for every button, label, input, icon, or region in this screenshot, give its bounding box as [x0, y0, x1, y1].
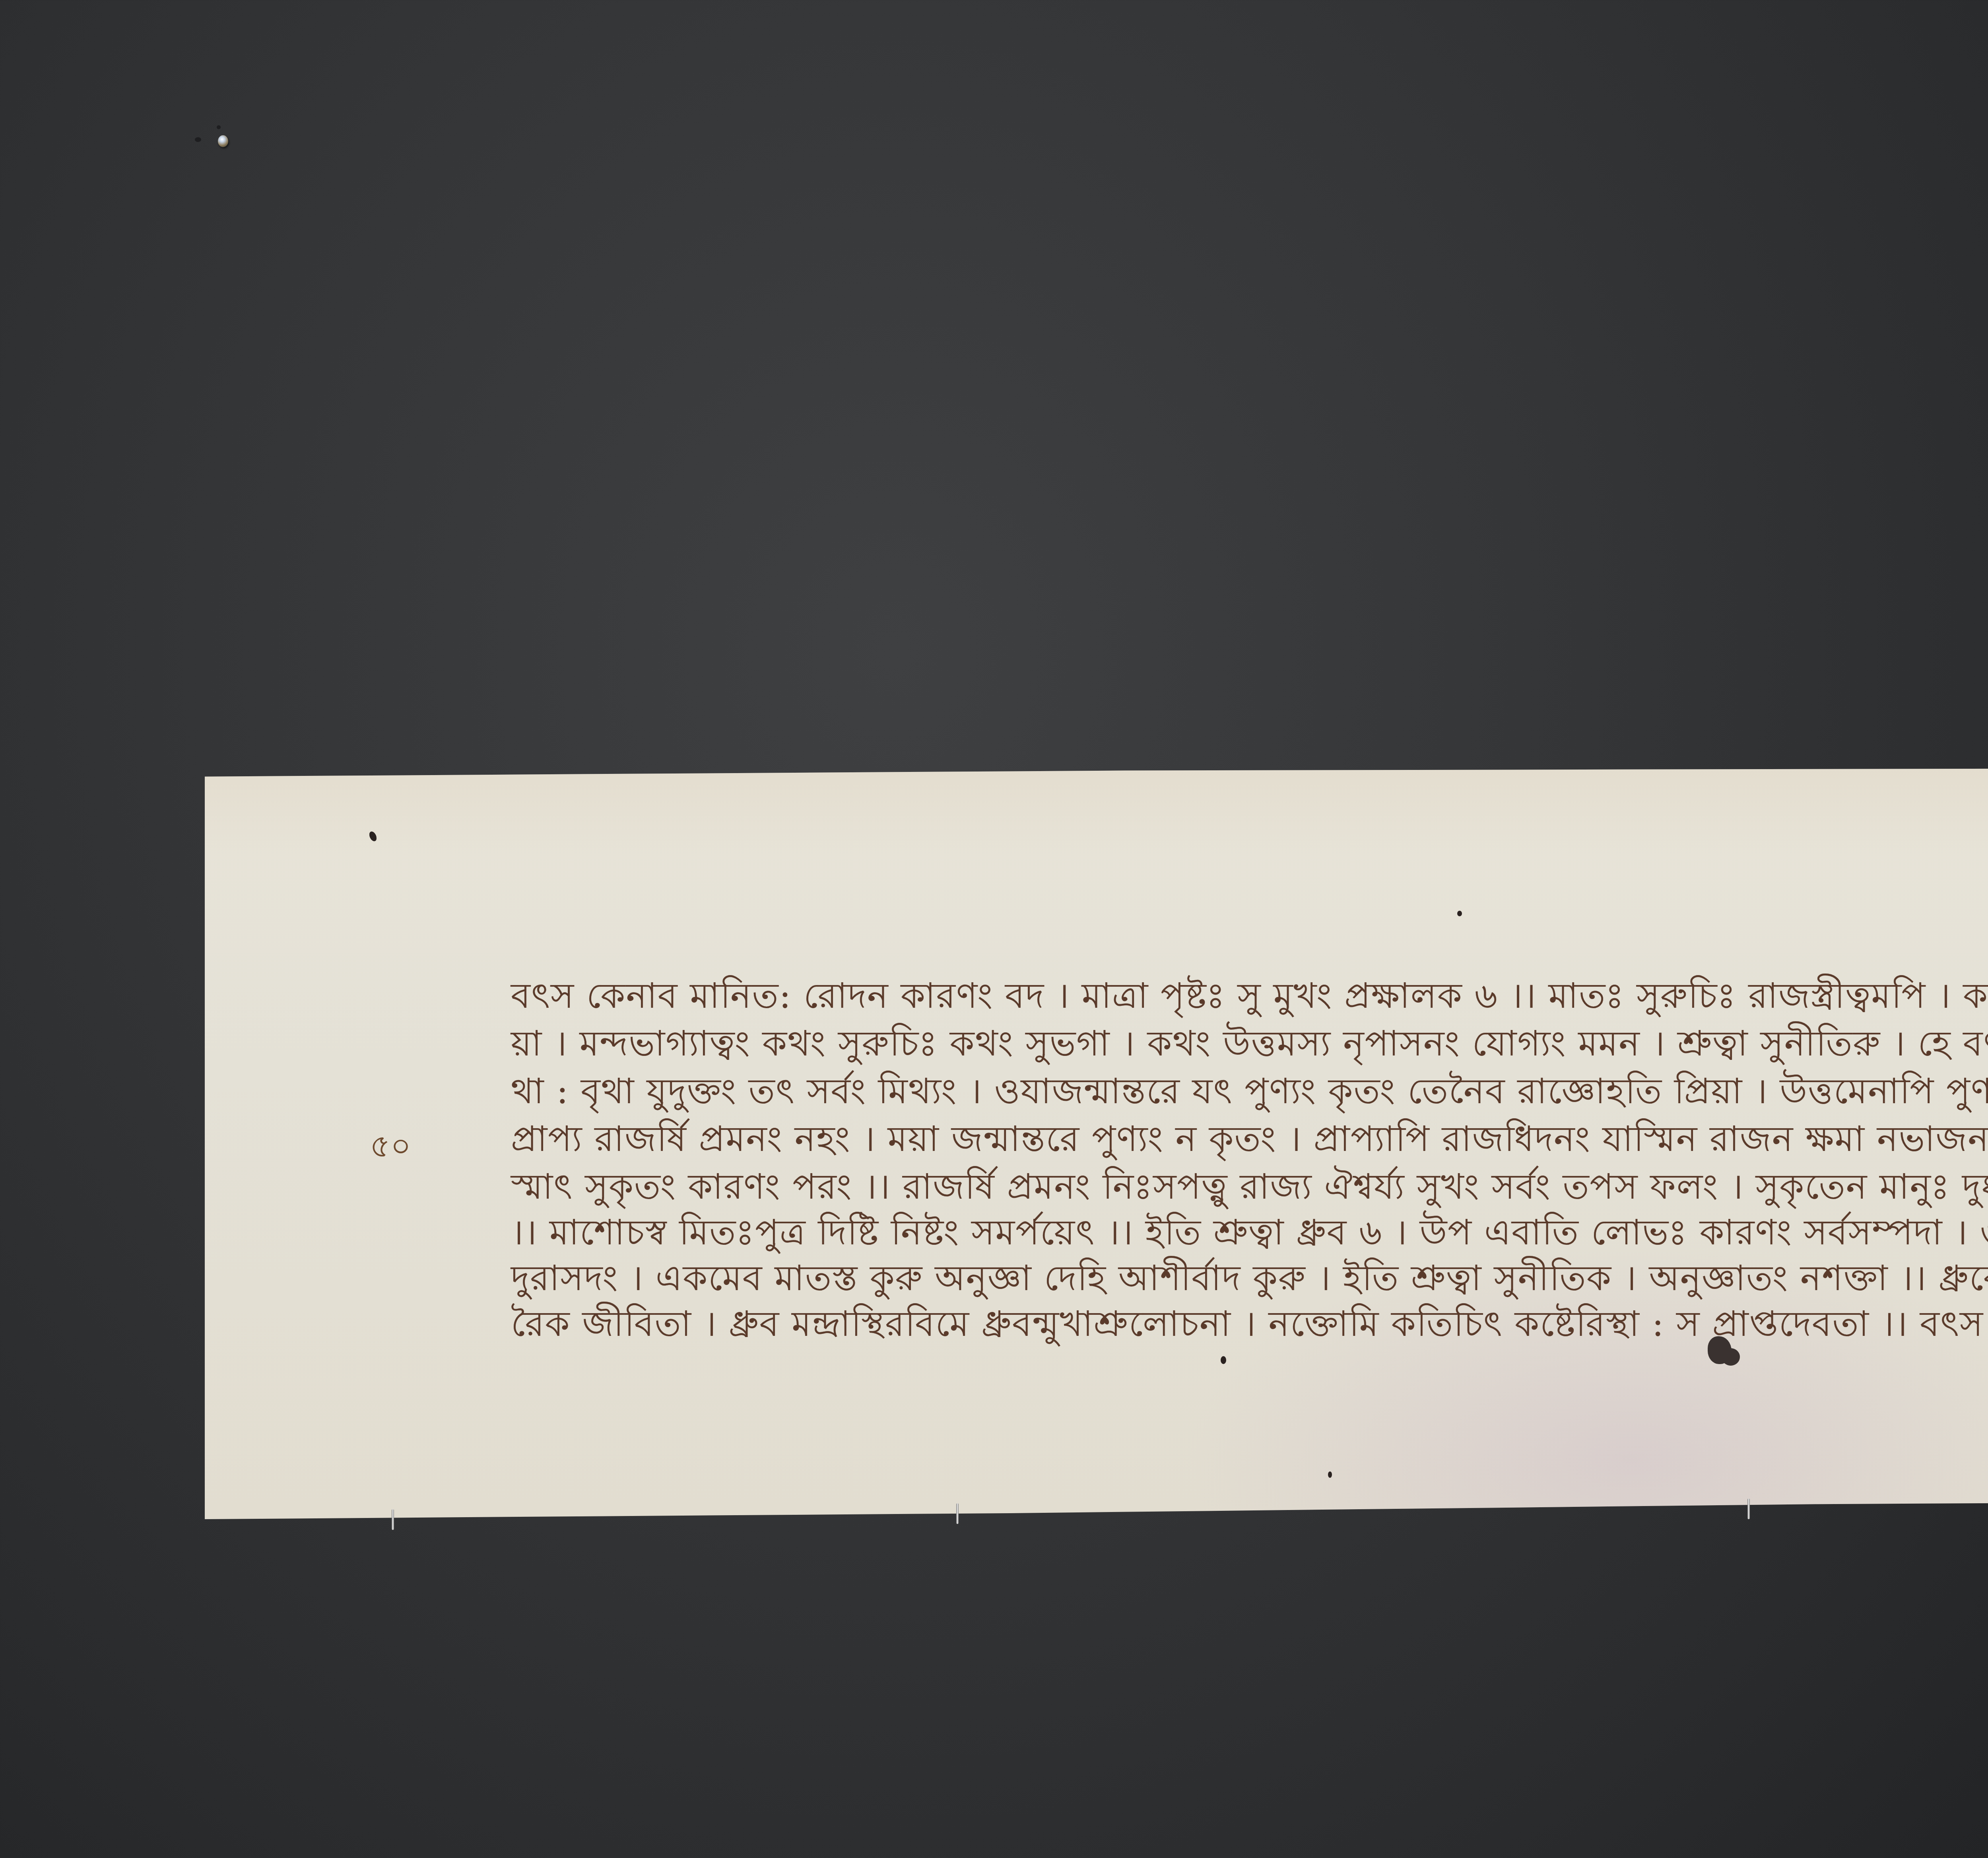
manuscript-folio: স্বাক্ষর ৫০ ঔশ্রী: বৎস কেনাব মানিত: রোদন…	[205, 768, 1988, 1519]
pin	[392, 1509, 394, 1530]
pin	[956, 1503, 959, 1524]
manuscript-line: য়া । মন্দভাগ্যাত্বং কথং সুরুচিঃ কথং সুভ…	[511, 1026, 1988, 1061]
board-speck	[195, 137, 201, 142]
ink-dot	[368, 830, 378, 842]
manuscript-line: বৎস কেনাব মানিত: রোদন কারণং বদ । মাত্রা …	[511, 978, 1988, 1013]
board-speck	[217, 125, 221, 129]
pin	[1747, 1498, 1750, 1519]
ink-dot	[1457, 911, 1462, 916]
pin-head-top-left	[218, 135, 228, 147]
folio-number: ৫০	[370, 1121, 411, 1175]
ink-blot	[1722, 1348, 1740, 1366]
manuscript-line: প্রাপ্য রাজর্ষি প্রমনং নহং । ময়া জন্মান…	[511, 1121, 1988, 1156]
manuscript-line: রৈক জীবিতা । ধ্রুব মন্দ্রাস্থিরবিমে ধ্রু…	[511, 1306, 1988, 1341]
manuscript-line: স্মাৎ সুকৃতং কারণং পরং ।। রাজর্ষি প্রমনং…	[511, 1169, 1988, 1204]
manuscript-line: ।। মাশোচস্ব মিতঃপুত্র দিষ্টি নিষ্টং সমর্…	[511, 1215, 1988, 1250]
ink-dot	[1221, 1356, 1226, 1364]
manuscript-line: দুরাসদং । একমেব মাতস্ত কুরু অনুজ্ঞা দেহি…	[511, 1261, 1988, 1296]
manuscript-line: থা : বৃথা যুদুক্তং তৎ সর্বং মিথ্যং । ওযা…	[511, 1074, 1988, 1109]
ink-dot	[1328, 1471, 1332, 1478]
